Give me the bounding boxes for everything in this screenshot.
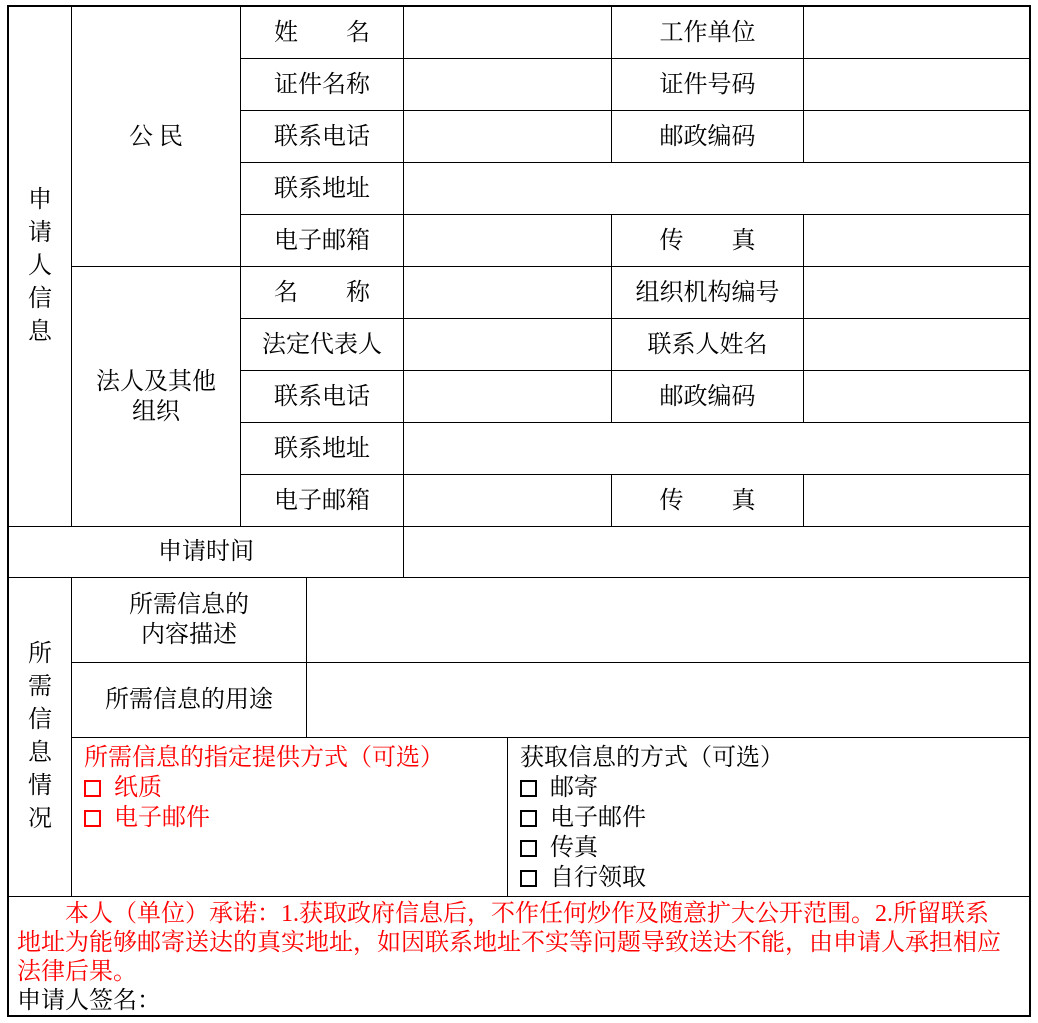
obtain-option-mail-label: 邮寄 bbox=[550, 773, 598, 803]
citizen-id-number-value bbox=[804, 59, 1029, 111]
obtain-method-cell: 获取信息的方式（可选） 邮寄 电子邮件 传真 自行领取 bbox=[508, 738, 1029, 897]
obtain-method-title: 获取信息的方式（可选） bbox=[520, 743, 784, 773]
citizen-fax-value bbox=[804, 215, 1029, 267]
citizen-id-name-label: 证件名称 bbox=[241, 59, 404, 111]
usage-value bbox=[307, 663, 1029, 738]
obtain-option-pickup: 自行领取 bbox=[520, 863, 646, 893]
provide-option-email: 电子邮件 bbox=[84, 803, 210, 833]
legal-fax-value bbox=[804, 475, 1029, 527]
citizen-address-label: 联系地址 bbox=[241, 163, 404, 215]
legal-rep-label: 法定代表人 bbox=[241, 319, 404, 371]
legal-fax-label: 传 真 bbox=[612, 475, 804, 527]
legal-postcode-value bbox=[804, 371, 1029, 423]
legal-org-code-value bbox=[804, 267, 1029, 319]
obtain-option-fax-label: 传真 bbox=[550, 833, 598, 863]
legal-group-label: 法人及其他 组织 bbox=[72, 267, 241, 527]
citizen-id-name-value bbox=[404, 59, 612, 111]
legal-contact-name-value bbox=[804, 319, 1029, 371]
obtain-option-mail: 邮寄 bbox=[520, 773, 598, 803]
promise-text: 本人（单位）承诺：1.获取政府信息后，不作任何炒作及随意扩大公开范围。2.所留联… bbox=[17, 900, 1021, 987]
content-desc-value bbox=[307, 578, 1029, 663]
citizen-workunit-label: 工作单位 bbox=[612, 7, 804, 59]
legal-contact-name-label: 联系人姓名 bbox=[612, 319, 804, 371]
citizen-fax-label: 传 真 bbox=[612, 215, 804, 267]
legal-phone-label: 联系电话 bbox=[241, 371, 404, 423]
citizen-workunit-value bbox=[804, 7, 1029, 59]
citizen-name-label: 姓 名 bbox=[241, 7, 404, 59]
checkbox-icon bbox=[520, 840, 537, 857]
legal-email-value bbox=[404, 475, 612, 527]
checkbox-icon bbox=[84, 780, 101, 797]
apply-time-value bbox=[404, 527, 1029, 578]
provide-option-paper: 纸质 bbox=[84, 773, 162, 803]
citizen-postcode-label: 邮政编码 bbox=[612, 111, 804, 163]
citizen-id-number-label: 证件号码 bbox=[612, 59, 804, 111]
provide-method-title: 所需信息的指定提供方式（可选） bbox=[84, 743, 444, 773]
promise-cell: 本人（单位）承诺：1.获取政府信息后，不作任何炒作及随意扩大公开范围。2.所留联… bbox=[9, 897, 1029, 1015]
citizen-email-label: 电子邮箱 bbox=[241, 215, 404, 267]
legal-org-code-label: 组织机构编号 bbox=[612, 267, 804, 319]
citizen-group-label: 公 民 bbox=[72, 7, 241, 267]
obtain-option-pickup-label: 自行领取 bbox=[550, 863, 646, 893]
legal-address-label: 联系地址 bbox=[241, 423, 404, 475]
legal-email-label: 电子邮箱 bbox=[241, 475, 404, 527]
application-form-table: 申请人信息 公 民 法人及其他 组织 姓 名 工作单位 证件名称 证件号码 联系… bbox=[7, 5, 1031, 1017]
provide-option-email-label: 电子邮件 bbox=[114, 803, 210, 833]
citizen-email-value bbox=[404, 215, 612, 267]
checkbox-icon bbox=[520, 870, 537, 887]
checkbox-icon bbox=[520, 810, 537, 827]
content-desc-label: 所需信息的 内容描述 bbox=[72, 578, 307, 663]
legal-rep-value bbox=[404, 319, 612, 371]
citizen-phone-label: 联系电话 bbox=[241, 111, 404, 163]
obtain-option-email-label: 电子邮件 bbox=[550, 803, 646, 833]
citizen-phone-value bbox=[404, 111, 612, 163]
obtain-option-email: 电子邮件 bbox=[520, 803, 646, 833]
provide-option-paper-label: 纸质 bbox=[114, 773, 162, 803]
checkbox-icon bbox=[520, 780, 537, 797]
citizen-address-value bbox=[404, 163, 1029, 215]
usage-label: 所需信息的用途 bbox=[72, 663, 307, 738]
citizen-name-value bbox=[404, 7, 612, 59]
citizen-postcode-value bbox=[804, 111, 1029, 163]
legal-name-label: 名 称 bbox=[241, 267, 404, 319]
signature-label: 申请人签名： bbox=[17, 987, 1021, 1015]
legal-phone-value bbox=[404, 371, 612, 423]
obtain-option-fax: 传真 bbox=[520, 833, 598, 863]
provide-method-cell: 所需信息的指定提供方式（可选） 纸质 电子邮件 bbox=[72, 738, 508, 897]
apply-time-label: 申请时间 bbox=[9, 527, 404, 578]
info-side-label: 所需信息情况 bbox=[9, 578, 72, 897]
legal-postcode-label: 邮政编码 bbox=[612, 371, 804, 423]
legal-name-value bbox=[404, 267, 612, 319]
legal-address-value bbox=[404, 423, 1029, 475]
checkbox-icon bbox=[84, 810, 101, 827]
applicant-side-label: 申请人信息 bbox=[9, 7, 72, 527]
